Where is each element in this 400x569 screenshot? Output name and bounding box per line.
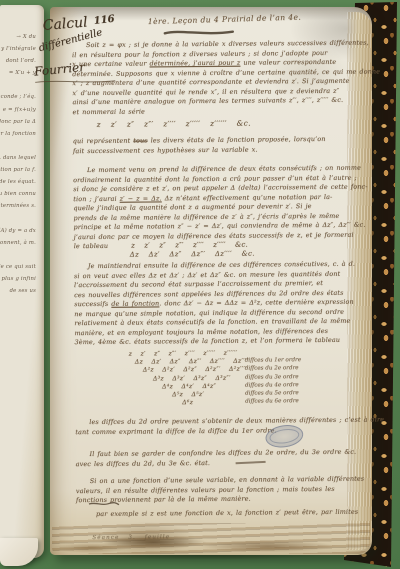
difference-order-label: diffces du 1er ordre: [245, 357, 301, 363]
states-series: z z′ z″ z″′ z′′′′ z′′′′′ &c.: [131, 241, 248, 250]
divider-squiggle: [88, 501, 120, 507]
difference-order-label: diffces du 6e ordre: [245, 398, 299, 404]
text-line: 3ème, 4ème &c. états successifs de la fo…: [75, 336, 365, 348]
difference-table-row: Δz Δz′ Δz″ Δz″′ Δz′′′′ Δz′′′′′: [135, 358, 250, 366]
difference-table-row: z z′ z″ z″′ z′′′′ z′′′′′ z′′′′′′: [129, 350, 238, 358]
paragraph-6: Il faut bien se garder de confondre les …: [75, 448, 365, 470]
difference-order-label: diffces du 3e ordre: [245, 374, 299, 380]
text-segment: les divers états de la fonction proposée…: [148, 135, 326, 145]
difference-order-label: diffces du 4e ordre: [245, 382, 299, 388]
difference-table-row: Δ²z Δ²z′ Δ²z″ Δ²z″′ Δ²z′′′′: [143, 366, 247, 374]
tableau-label: le tableau: [74, 242, 108, 250]
example-line: par exemple si z est une fonction de x, …: [96, 508, 358, 520]
text-line: avec les diffces du 2d, du 3e &c. état.: [76, 457, 366, 469]
difference-order-label: diffces du 5e ordre: [245, 390, 299, 396]
paragraph-3: Le moment venu on prend la différence de…: [73, 164, 364, 243]
text-segment: tion ; j’aurai: [73, 194, 119, 202]
photograph-of-manuscript: → X du y l’intégrale dont l’ord. = X′u +…: [0, 0, 400, 569]
title-underline-flourish: [163, 28, 235, 38]
text-line: et nommerai la série: [72, 105, 362, 117]
text-segment: qui représentent: [73, 137, 134, 146]
struck-word: tous: [133, 136, 147, 144]
lesson-title: 1ère. Leçon du 4 Prairial de l’an 4e.: [148, 13, 302, 27]
paragraph-2: qui représentent tous les divers états d…: [73, 135, 363, 157]
catchword: Séance 3. feuille: [92, 534, 170, 541]
text-line: tant comme exprimant la diffce de la dif…: [75, 425, 365, 437]
text-segment: x une certaine valeur: [72, 59, 149, 68]
text-segment: successifs: [74, 300, 111, 308]
folio-number: 116: [93, 14, 115, 27]
paragraph-1: Soit z = φx ; si je donne à la variable …: [72, 39, 363, 118]
text-segment: Δz n’étant effectivement qu’une notation…: [162, 192, 333, 201]
difference-table-row: Δ⁶z: [182, 399, 193, 406]
difference-table-row: Δ³z Δ³z′ Δ³z″ Δ³z″′: [153, 375, 231, 383]
paragraph-5: les diffces du 2d ordre peuvent s’obteni…: [75, 416, 365, 438]
text-line: fait successivement ces hypothèses sur l…: [73, 144, 363, 156]
underlined-segment: déterminée, j’aurai pour z: [149, 59, 240, 68]
underlined-word: de la fonction: [111, 299, 159, 307]
paragraph-4: Je maintiendrai ensuite la différence de…: [74, 260, 365, 348]
text-segment: une valeur correspondante: [240, 58, 336, 67]
difference-table-row: Δ⁵z Δ⁵z′: [172, 391, 204, 398]
handwriting-layer: Calcul différentielle 116 Fourrier 1ère.…: [0, 0, 400, 569]
text-segment: . donc Δz′ − Δz = ΔΔz = Δ²z, cette derni…: [159, 298, 353, 308]
tableau-row-differences: Δz Δz′ Δz″ Δz″′ Δz′′′′ &c.: [130, 250, 255, 259]
underlined-formula: z′ − z = Δz.: [120, 194, 162, 202]
difference-table-row: Δ⁴z Δ⁴z′ Δ⁴z″: [162, 383, 216, 390]
difference-order-label: diffces du 2e ordre: [245, 365, 299, 371]
series-of-states: z z′ z″ z″′ z′′′′ z′′′′′ z′′′′′′ &c.: [97, 119, 251, 129]
